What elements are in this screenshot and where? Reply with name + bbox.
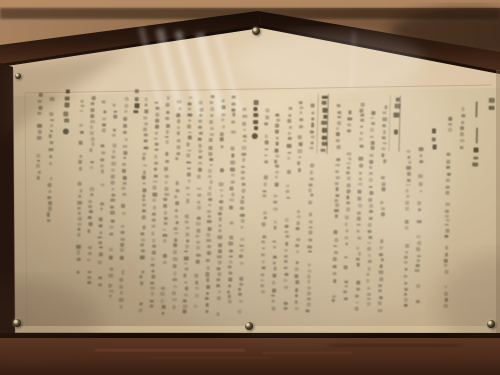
text-column-header [430,128,440,150]
text-column-body [303,103,317,315]
text-column-body [441,111,455,311]
document-text-columns [0,0,500,375]
text-column-body [401,150,414,310]
notice-board-photo [0,0,500,375]
text-column-body [457,107,467,153]
text-column-header [132,89,142,123]
text-column-body [45,97,57,225]
text-column-body [34,93,45,181]
text-column-body [376,105,390,313]
text-column-body [413,137,426,309]
text-column-header [62,89,72,125]
text-column-title [486,98,495,112]
text-column-header [319,96,329,152]
text-column-header [251,92,261,130]
text-column-title [471,101,482,167]
text-column-header [392,97,402,149]
